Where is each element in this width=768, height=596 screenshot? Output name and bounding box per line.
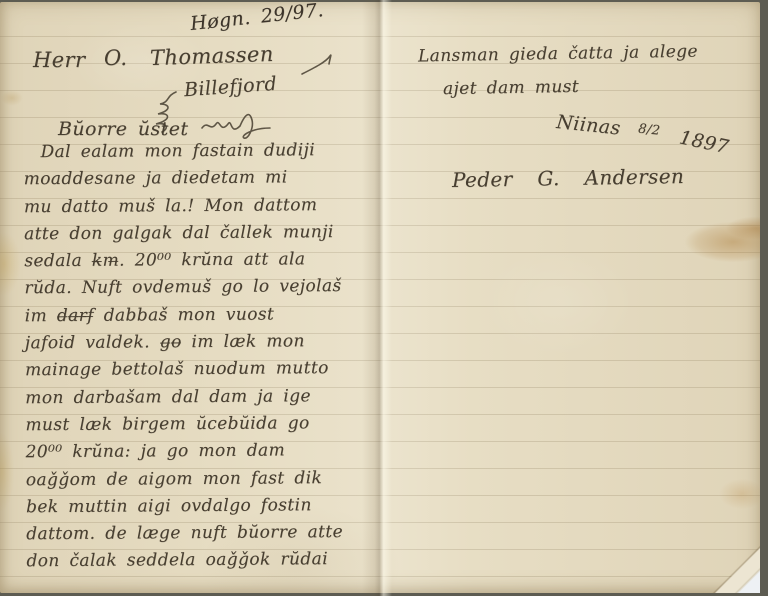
recipient-surname: Thomassen: [150, 42, 274, 70]
letter-body-line: mon darbašam dal dam ja ige: [25, 385, 380, 415]
letter-body: Dal ealam mon fastain dudiji moaddesane …: [23, 140, 381, 579]
letter-body-line: jafoid valdek. g̶o̶ im læk mon: [25, 331, 380, 361]
letter-body-line: rŭda. Nuft ovdemuš go lo vejolaš: [24, 276, 379, 306]
letter-body-line: don čalak seddela oaǧǧok rŭdai: [26, 549, 381, 579]
letter-greeting: Bŭorre ŭstet: [58, 118, 188, 140]
letter-body-line: im d̶a̶r̶f̶ dabbaš mon vuost: [25, 304, 380, 334]
letter-body-line: must læk birgem ŭcebŭida go: [25, 413, 380, 443]
letter-signature: Peder G. Andersen: [452, 164, 685, 192]
letter-body-line: bek muttin aigi ovdalgo fostin: [26, 495, 381, 525]
letter-scan: Høgn. 29/97. Herr O. Thomassen Billefjor…: [0, 0, 768, 596]
letter-body-line: sedala k̶m̶. 20⁰⁰ krŭna att ala: [24, 249, 379, 279]
letter-body-line: 20⁰⁰ krŭna: ja go mon dam: [26, 440, 381, 470]
letter-body-line: moaddesane ja diedetam mi: [24, 167, 379, 197]
recipient-initial: O.: [104, 46, 127, 70]
letter-body-line: dattom. de læge nuft bŭorre atte: [26, 522, 381, 552]
letter-body-line: oaǧǧom de aigom mon fast dik: [26, 467, 381, 497]
dateline-date: 8/2: [637, 122, 661, 139]
letter-body-line: mu datto muš la.! Mon dattom: [24, 194, 379, 224]
recipient-salutation: Herr: [33, 48, 85, 72]
letter-body-line: atte don galgak dal čallek munji: [24, 222, 379, 252]
letter-body-line: mainage bettolaš nuodum mutto: [25, 358, 380, 388]
letter-closing-line: ajet dam must: [443, 77, 579, 99]
letter-body-line: Dal ealam mon fastain dudiji: [23, 140, 378, 170]
